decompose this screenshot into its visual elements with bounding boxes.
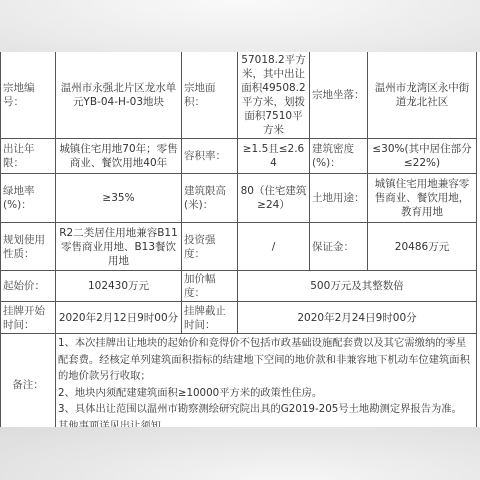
investment-intensity-label: 投资强度： (182, 223, 238, 271)
planned-use-label: 规划使用性质： (1, 223, 56, 271)
deposit-value: 20486万元 (368, 223, 477, 271)
bid-increment-label: 加价幅度： (182, 271, 238, 302)
building-density-label: 建筑密度(%)： (310, 139, 368, 174)
deposit-label: 保证金： (310, 223, 368, 271)
listing-end-value: 2020年2月24日9时00分 (238, 302, 477, 334)
building-density-value: ≤30%(其中居住部分≤22%) (368, 139, 477, 174)
table-row: 备注： 1、本次挂牌出让地块的起始价和竞得价不包括市政基础设施配套费以及其它需缴… (1, 334, 477, 436)
table-row: 规划使用性质： R2二类居住用地兼容B11零售商业用地、B13餐饮用地 投资强度… (1, 223, 477, 271)
starting-price-value: 102430万元 (56, 271, 182, 302)
parcel-area-value: 57018.2平方米，其中出让面积49508.2平方米，划拨面积7510平方米 (238, 52, 310, 139)
table-row: 宗地编号： 温州市永强北片区龙水单元YB-04-H-03地块 宗地面积： 570… (1, 52, 477, 139)
table-row: 挂牌开始时间： 2020年2月12日9时00分 挂牌截止时间： 2020年2月2… (1, 302, 477, 334)
note-line-3: 3、具体出让范围以温州市勘察测绘研究院出具的G2019-205号土地勘测定界报告… (58, 401, 474, 418)
land-use-value: 城镇住宅用地兼容零售商业、餐饮用地，教育用地 (368, 174, 477, 223)
land-parcel-table: 宗地编号： 温州市永强北片区龙水单元YB-04-H-03地块 宗地面积： 570… (0, 52, 477, 435)
starting-price-label: 起始价： (1, 271, 56, 302)
photo-background-bottom (0, 427, 480, 480)
height-limit-label: 建筑限高(米)： (182, 174, 238, 223)
parcel-location-value: 温州市龙湾区永中街道龙北社区 (368, 52, 477, 139)
table-row: 起始价： 102430万元 加价幅度： 500万元及其整数倍 (1, 271, 477, 302)
note-line-1: 1、本次挂牌出让地块的起始价和竞得价不包括市政基础设施配套费以及其它需缴纳的零星… (58, 335, 474, 385)
parcel-number-value: 温州市永强北片区龙水单元YB-04-H-03地块 (56, 52, 182, 139)
listing-start-label: 挂牌开始时间： (1, 302, 56, 334)
table-row: 出让年限： 城镇住宅用地70年；零售商业、餐饮用地40年 容积率： ≥1.5且≤… (1, 139, 477, 174)
parcel-location-label: 宗地坐落： (310, 52, 368, 139)
green-ratio-value: ≥35% (56, 174, 182, 223)
lease-term-label: 出让年限： (1, 139, 56, 174)
green-ratio-label: 绿地率(%)： (1, 174, 56, 223)
parcel-area-label: 宗地面积： (182, 52, 238, 139)
land-parcel-info-sheet: 宗地编号： 温州市永强北片区龙水单元YB-04-H-03地块 宗地面积： 570… (0, 52, 476, 427)
notes-content: 1、本次挂牌出让地块的起始价和竞得价不包括市政基础设施配套费以及其它需缴纳的零星… (56, 334, 477, 436)
lease-term-value: 城镇住宅用地70年；零售商业、餐饮用地40年 (56, 139, 182, 174)
bid-increment-value: 500万元及其整数倍 (238, 271, 477, 302)
photo-background-top (0, 0, 480, 52)
parcel-number-label: 宗地编号： (1, 52, 56, 139)
notes-label: 备注： (1, 334, 56, 436)
plot-ratio-value: ≥1.5且≤2.64 (238, 139, 310, 174)
planned-use-value: R2二类居住用地兼容B11零售商业用地、B13餐饮用地 (56, 223, 182, 271)
land-use-label: 土地用途： (310, 174, 368, 223)
listing-end-label: 挂牌截止时间： (182, 302, 238, 334)
investment-intensity-value: / (238, 223, 310, 271)
table-row: 绿地率(%)： ≥35% 建筑限高(米)： 80（住宅建筑≥24） 土地用途： … (1, 174, 477, 223)
note-line-2: 2、地块内须配建建筑面积≥10000平方米的政策性住房。 (58, 385, 474, 402)
height-limit-value: 80（住宅建筑≥24） (238, 174, 310, 223)
plot-ratio-label: 容积率： (182, 139, 238, 174)
listing-start-value: 2020年2月12日9时00分 (56, 302, 182, 334)
